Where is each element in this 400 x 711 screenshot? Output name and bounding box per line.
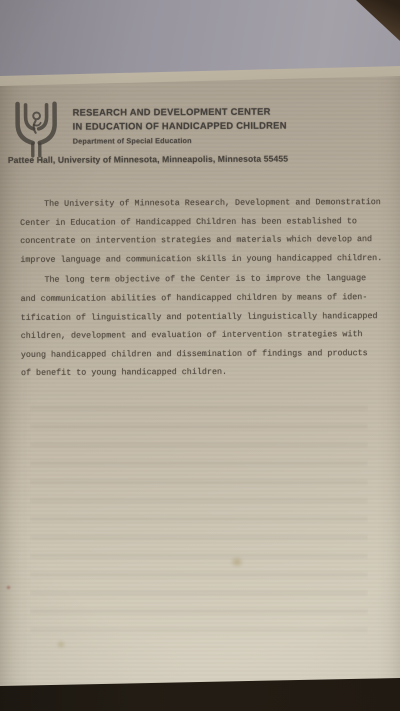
- letterhead-title-line1: RESEARCH AND DEVELOPMENT CENTER: [73, 105, 287, 120]
- typed-text-block: The University of Minnesota Research, De…: [20, 196, 391, 386]
- typed-line: of benefit to young handicapped children…: [21, 365, 391, 386]
- paper-stain: [56, 640, 66, 649]
- typed-line: concentrate on intervention strategies a…: [20, 233, 390, 254]
- paper-stain: [6, 585, 11, 590]
- paper-stain: [230, 556, 244, 568]
- typed-line: children, development and evaluation of …: [21, 328, 391, 349]
- typed-line: young handicapped children and dissemina…: [21, 347, 391, 368]
- photographed-document: RESEARCH AND DEVELOPMENT CENTER IN EDUCA…: [0, 0, 400, 711]
- letterhead-block: RESEARCH AND DEVELOPMENT CENTER IN EDUCA…: [73, 105, 287, 147]
- letterhead-title-line2: IN EDUCATION OF HANDICAPPED CHILDREN: [73, 118, 287, 133]
- typed-line: The long term objective of the Center is…: [20, 272, 390, 293]
- hands-cradling-child-logo-icon: [13, 100, 60, 162]
- typed-line: tification of linguistically and potenti…: [21, 310, 391, 331]
- page-showthrough-lines: [30, 388, 368, 650]
- typed-line: Center in Education of Handicapped Child…: [20, 215, 390, 236]
- typed-line: The University of Minnesota Research, De…: [20, 196, 390, 217]
- typed-line: and communication abilities of handicapp…: [21, 291, 391, 312]
- letterhead-address: Pattee Hall, University of Minnesota, Mi…: [8, 154, 288, 165]
- letterhead-department: Department of Special Education: [73, 135, 287, 147]
- typed-line: improve language and communication skill…: [20, 252, 390, 273]
